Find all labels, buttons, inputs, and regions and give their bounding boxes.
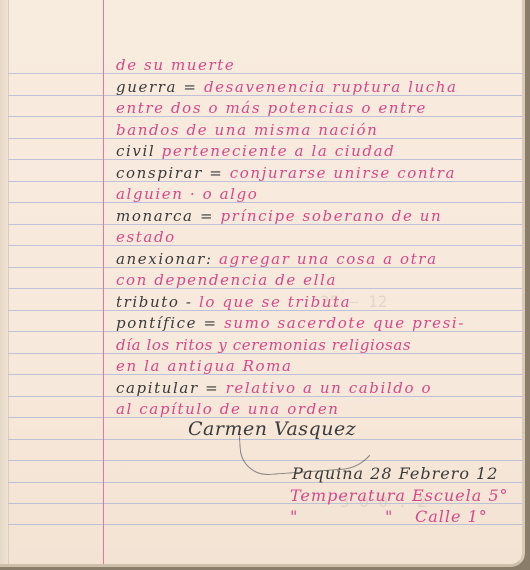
rule-line bbox=[8, 245, 522, 246]
margin-line bbox=[103, 0, 104, 564]
entry-line: con dependencia de ella bbox=[116, 271, 337, 289]
entry-line: anexionar: agregar una cosa a otra bbox=[116, 250, 438, 268]
entry-line: monarca = príncipe soberano de un bbox=[116, 207, 442, 225]
rule-line bbox=[8, 202, 522, 203]
entry-line: en la antigua Roma bbox=[116, 357, 293, 375]
entry-line: pontífice = sumo sacerdote que presi- bbox=[116, 314, 465, 332]
rule-line bbox=[8, 73, 522, 74]
entry-line: bandos de una misma nación bbox=[116, 121, 378, 139]
temperature-street: Calle 1° bbox=[415, 507, 488, 526]
entry-line: día los ritos y ceremonias religiosas bbox=[116, 336, 411, 354]
notebook-page: 25 — 12 3 0 0 . 2 de su muerte guerra = … bbox=[0, 0, 525, 567]
entry-line: tributo - lo que se tributa bbox=[116, 293, 351, 311]
entry-line: civil perteneciente a la ciudad bbox=[116, 142, 395, 160]
entry-line: de su muerte bbox=[116, 56, 235, 74]
temperature-school: Temperatura Escuela 5° bbox=[290, 486, 509, 505]
entry-line: guerra = desavenencia ruptura lucha bbox=[116, 78, 458, 96]
page-binding-edge bbox=[0, 0, 9, 564]
ditto-mark-right: " bbox=[385, 507, 393, 526]
entry-line: estado bbox=[116, 228, 176, 246]
entry-line: conspirar = conjurarse unirse contra bbox=[116, 164, 456, 182]
entry-line: capitular = relativo a un cabildo o bbox=[116, 379, 432, 397]
entry-line: al capítulo de una orden bbox=[116, 400, 340, 418]
ditto-mark-left: " bbox=[290, 507, 298, 526]
entry-line: alguien · o algo bbox=[116, 185, 258, 203]
place-date: Paquina 28 Febrero 12 bbox=[292, 464, 498, 483]
entry-line: entre dos o más potencias o entre bbox=[116, 99, 427, 117]
